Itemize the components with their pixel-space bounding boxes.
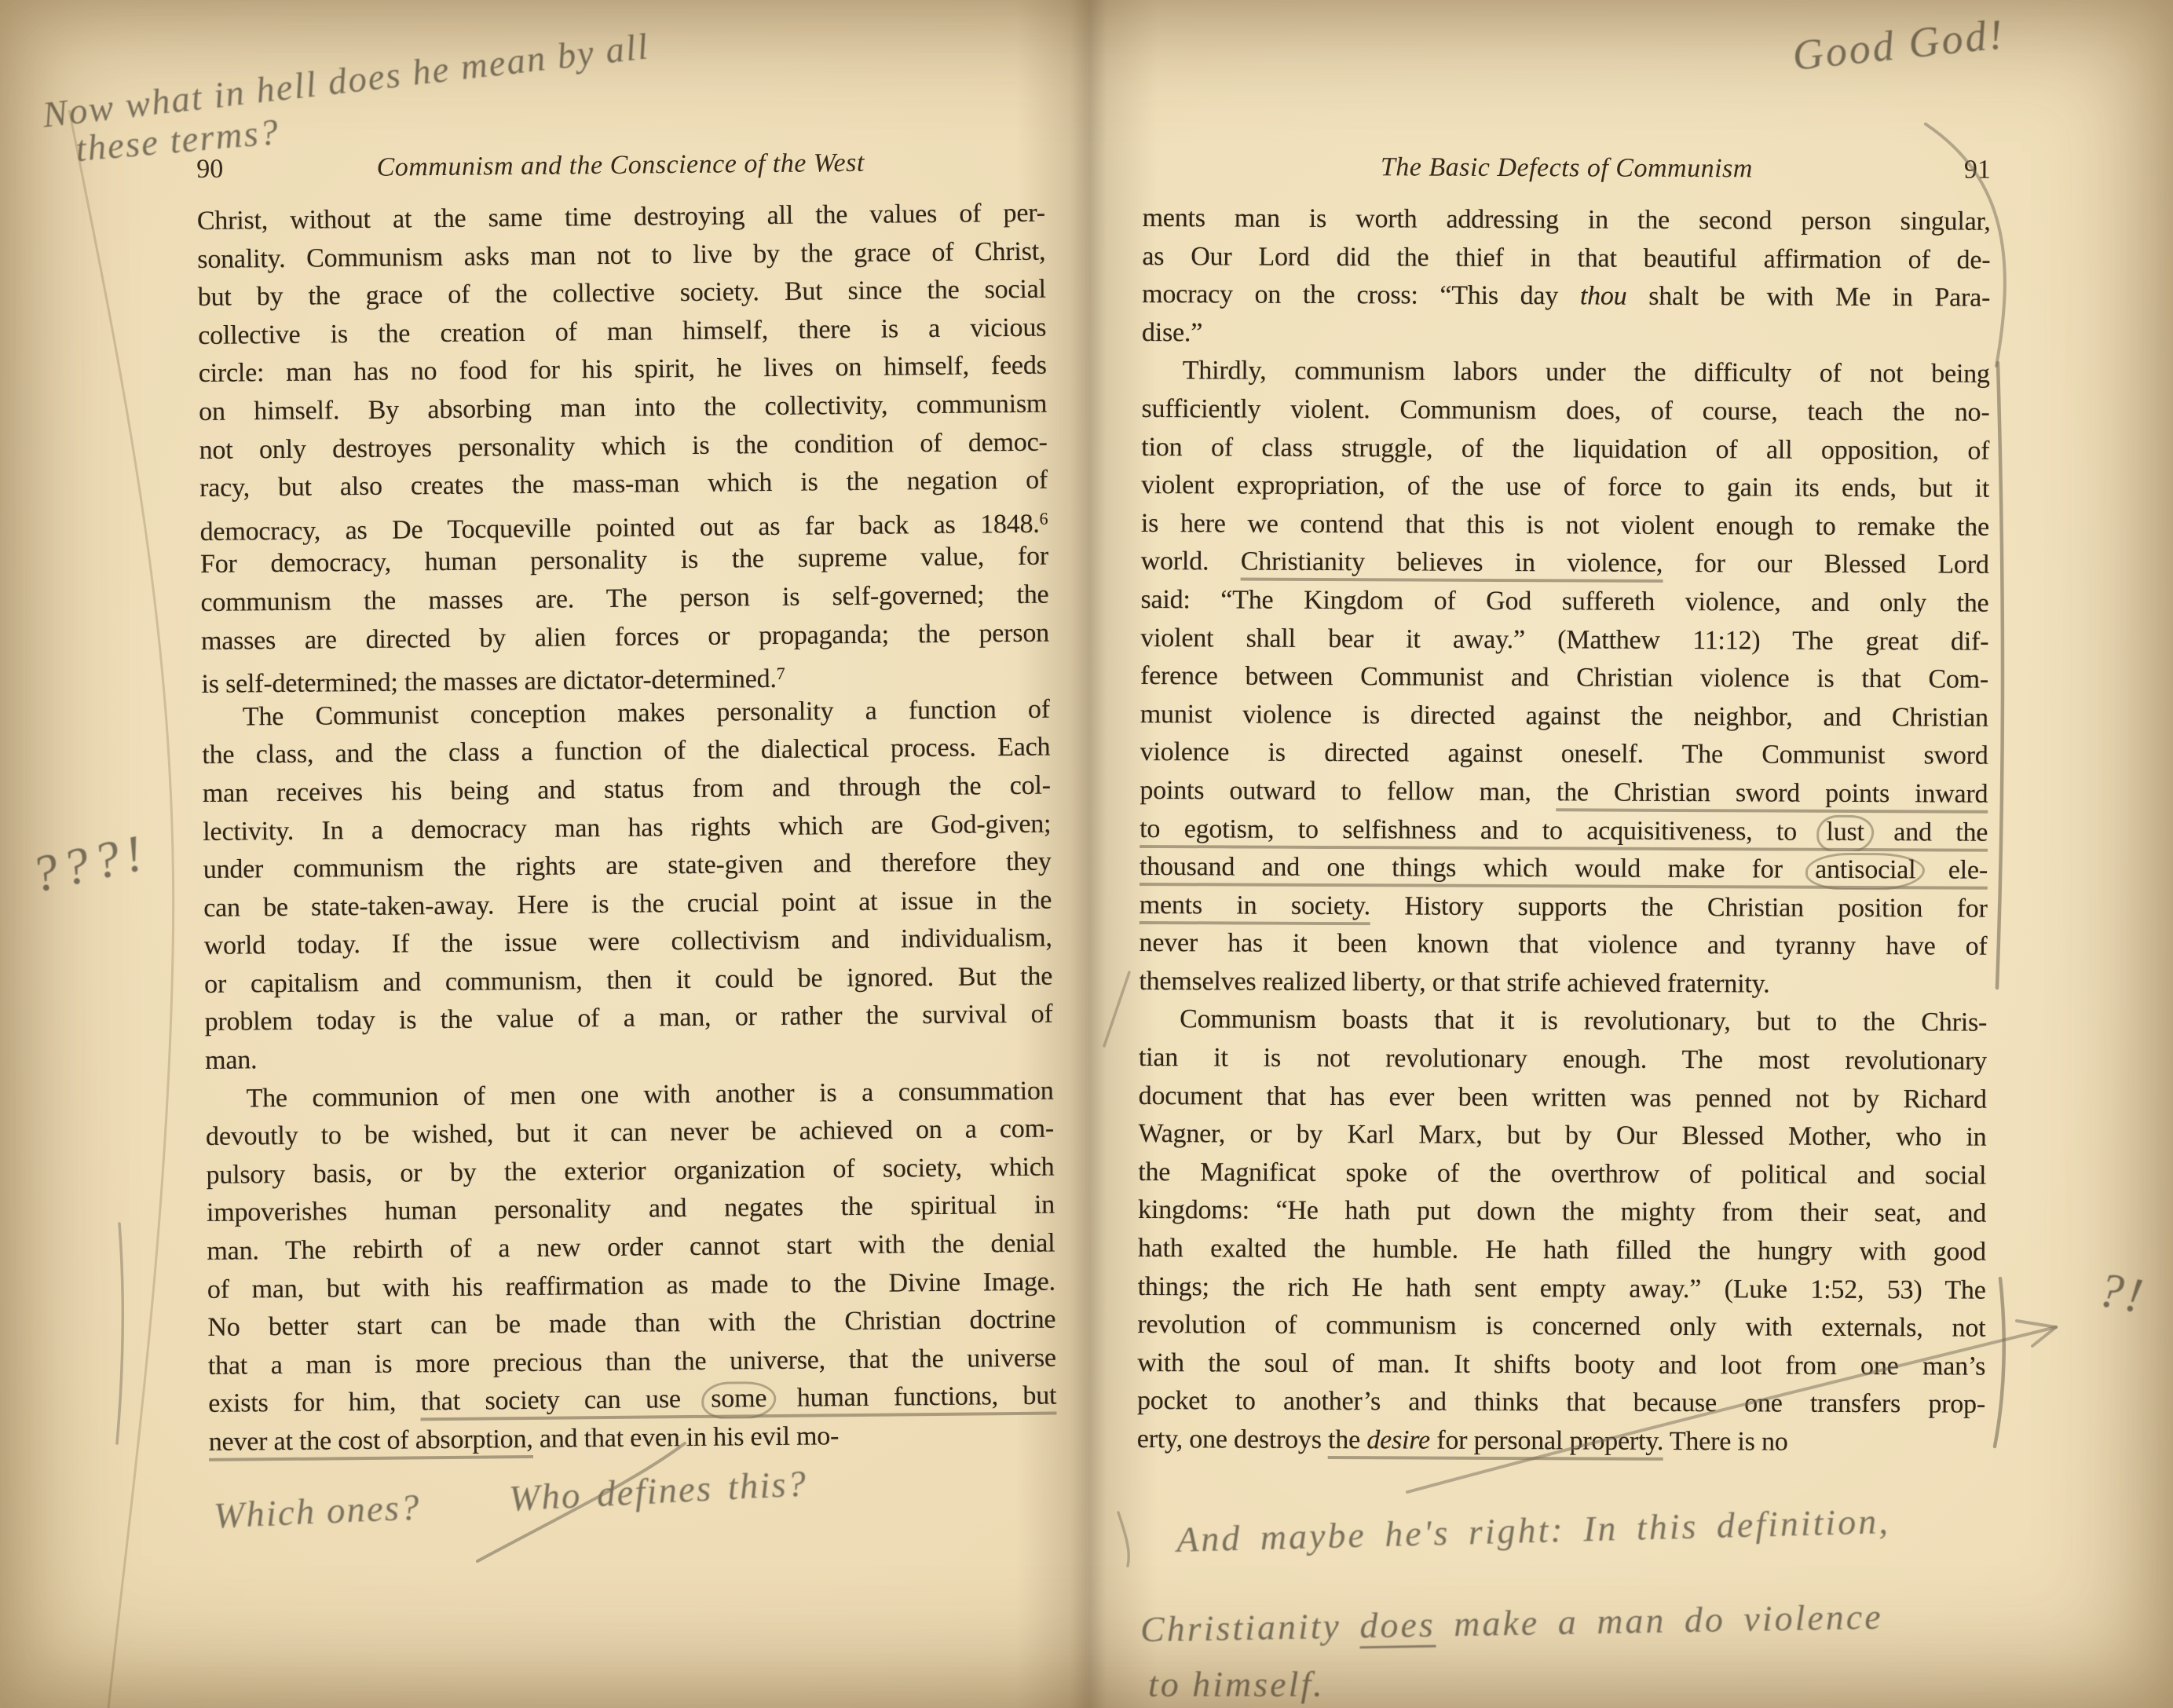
text-line: munist violence is directed against the … <box>1140 696 1988 737</box>
text-line: sufficiently violent. Communism does, of… <box>1141 390 1989 432</box>
text-line: revolution of communism is concerned onl… <box>1137 1306 1985 1348</box>
text-line: violence is directed against oneself. Th… <box>1140 733 1988 775</box>
text-line: as Our Lord did the thief in that beauti… <box>1142 238 1990 280</box>
left-page-content: 90 Communism and the Conscience of the W… <box>196 143 1057 1462</box>
text-line: the Magnificat spoke of the overthrow of… <box>1138 1154 1986 1195</box>
handwritten-note-bottom-left-1: Which ones? <box>213 1486 422 1537</box>
text-line: violent shall bear it away.” (Matthew 11… <box>1140 620 1988 661</box>
handwritten-exclamation: ?! <box>2094 1262 2149 1325</box>
text-line: themselves realized liberty, or that str… <box>1139 963 1987 1004</box>
text-line: tian it is not revolutionary enough. The… <box>1139 1039 1987 1081</box>
text-line: points outward to fellow man, the Christ… <box>1140 772 1988 814</box>
text-line: document that has ever been written was … <box>1139 1077 1987 1119</box>
text-line: with the soul of man. It shifts booty an… <box>1137 1344 1985 1386</box>
text-line: ments in society. History supports the C… <box>1140 887 1988 928</box>
text-line: dise.” <box>1142 314 1990 356</box>
right-body-text: ments man is worth addressing in the sec… <box>1137 199 1991 1462</box>
text-line: never at the cost of absorption, and tha… <box>209 1416 1057 1462</box>
text-line: tion of class struggle, of the liquidati… <box>1141 429 1989 470</box>
text-line: kingdoms: “He hath put down the mighty f… <box>1138 1191 1986 1233</box>
text-line: Thirdly, communism labors under the diff… <box>1142 352 1990 393</box>
right-page-content: 91 The Basic Defects of Communism 91 men… <box>1137 148 1991 1462</box>
text-line: said: “The Kingdom of God suffereth viol… <box>1140 581 1988 623</box>
right-running-header: 91 The Basic Defects of Communism 91 <box>1143 148 1991 189</box>
text-line: thousand and one things which would make… <box>1140 848 1988 890</box>
text-line: exists for him, that society can use som… <box>208 1377 1056 1424</box>
text-line: never has it been known that violence an… <box>1139 924 1987 966</box>
left-running-title: Communism and the Conscience of the West <box>223 143 1018 188</box>
text-line: pocket to another’s and thinks that beca… <box>1137 1382 1985 1424</box>
text-line: ments man is worth addressing in the sec… <box>1143 199 1991 241</box>
book-scan: { "colors": { "paper": "#eedcb6", "ink":… <box>0 0 2173 1708</box>
text-line: Wagner, or by Karl Marx, but by Our Bles… <box>1138 1115 1986 1157</box>
text-line: things; the rich He hath sent empty away… <box>1138 1268 1986 1310</box>
text-line: hath exalted the humble. He hath filled … <box>1138 1230 1986 1271</box>
text-line: world. Christianity believes in violence… <box>1141 543 1989 584</box>
text-line: to egotism, to selfishness and to acquis… <box>1140 810 1988 851</box>
right-running-title: The Basic Defects of Communism <box>1169 148 1964 188</box>
text-line: Communism boasts that it is revolutionar… <box>1139 1000 1987 1042</box>
left-body-text: Christ, without at the same time destroy… <box>197 195 1057 1462</box>
left-running-header: 90 Communism and the Conscience of the W… <box>196 143 1044 188</box>
text-line: violent expropriation, of the use of for… <box>1141 466 1989 508</box>
text-line: ference between Communist and Christian … <box>1140 657 1988 699</box>
handwritten-note-bottom-right-line3: to himself. <box>1148 1663 1325 1705</box>
text-line: is here we contend that this is not viol… <box>1141 505 1989 547</box>
text-line: erty, one destroys the desire for person… <box>1137 1421 1985 1462</box>
text-line: mocracy on the cross: “This day thou sha… <box>1142 276 1990 317</box>
right-page-number: 91 <box>1964 152 1991 189</box>
